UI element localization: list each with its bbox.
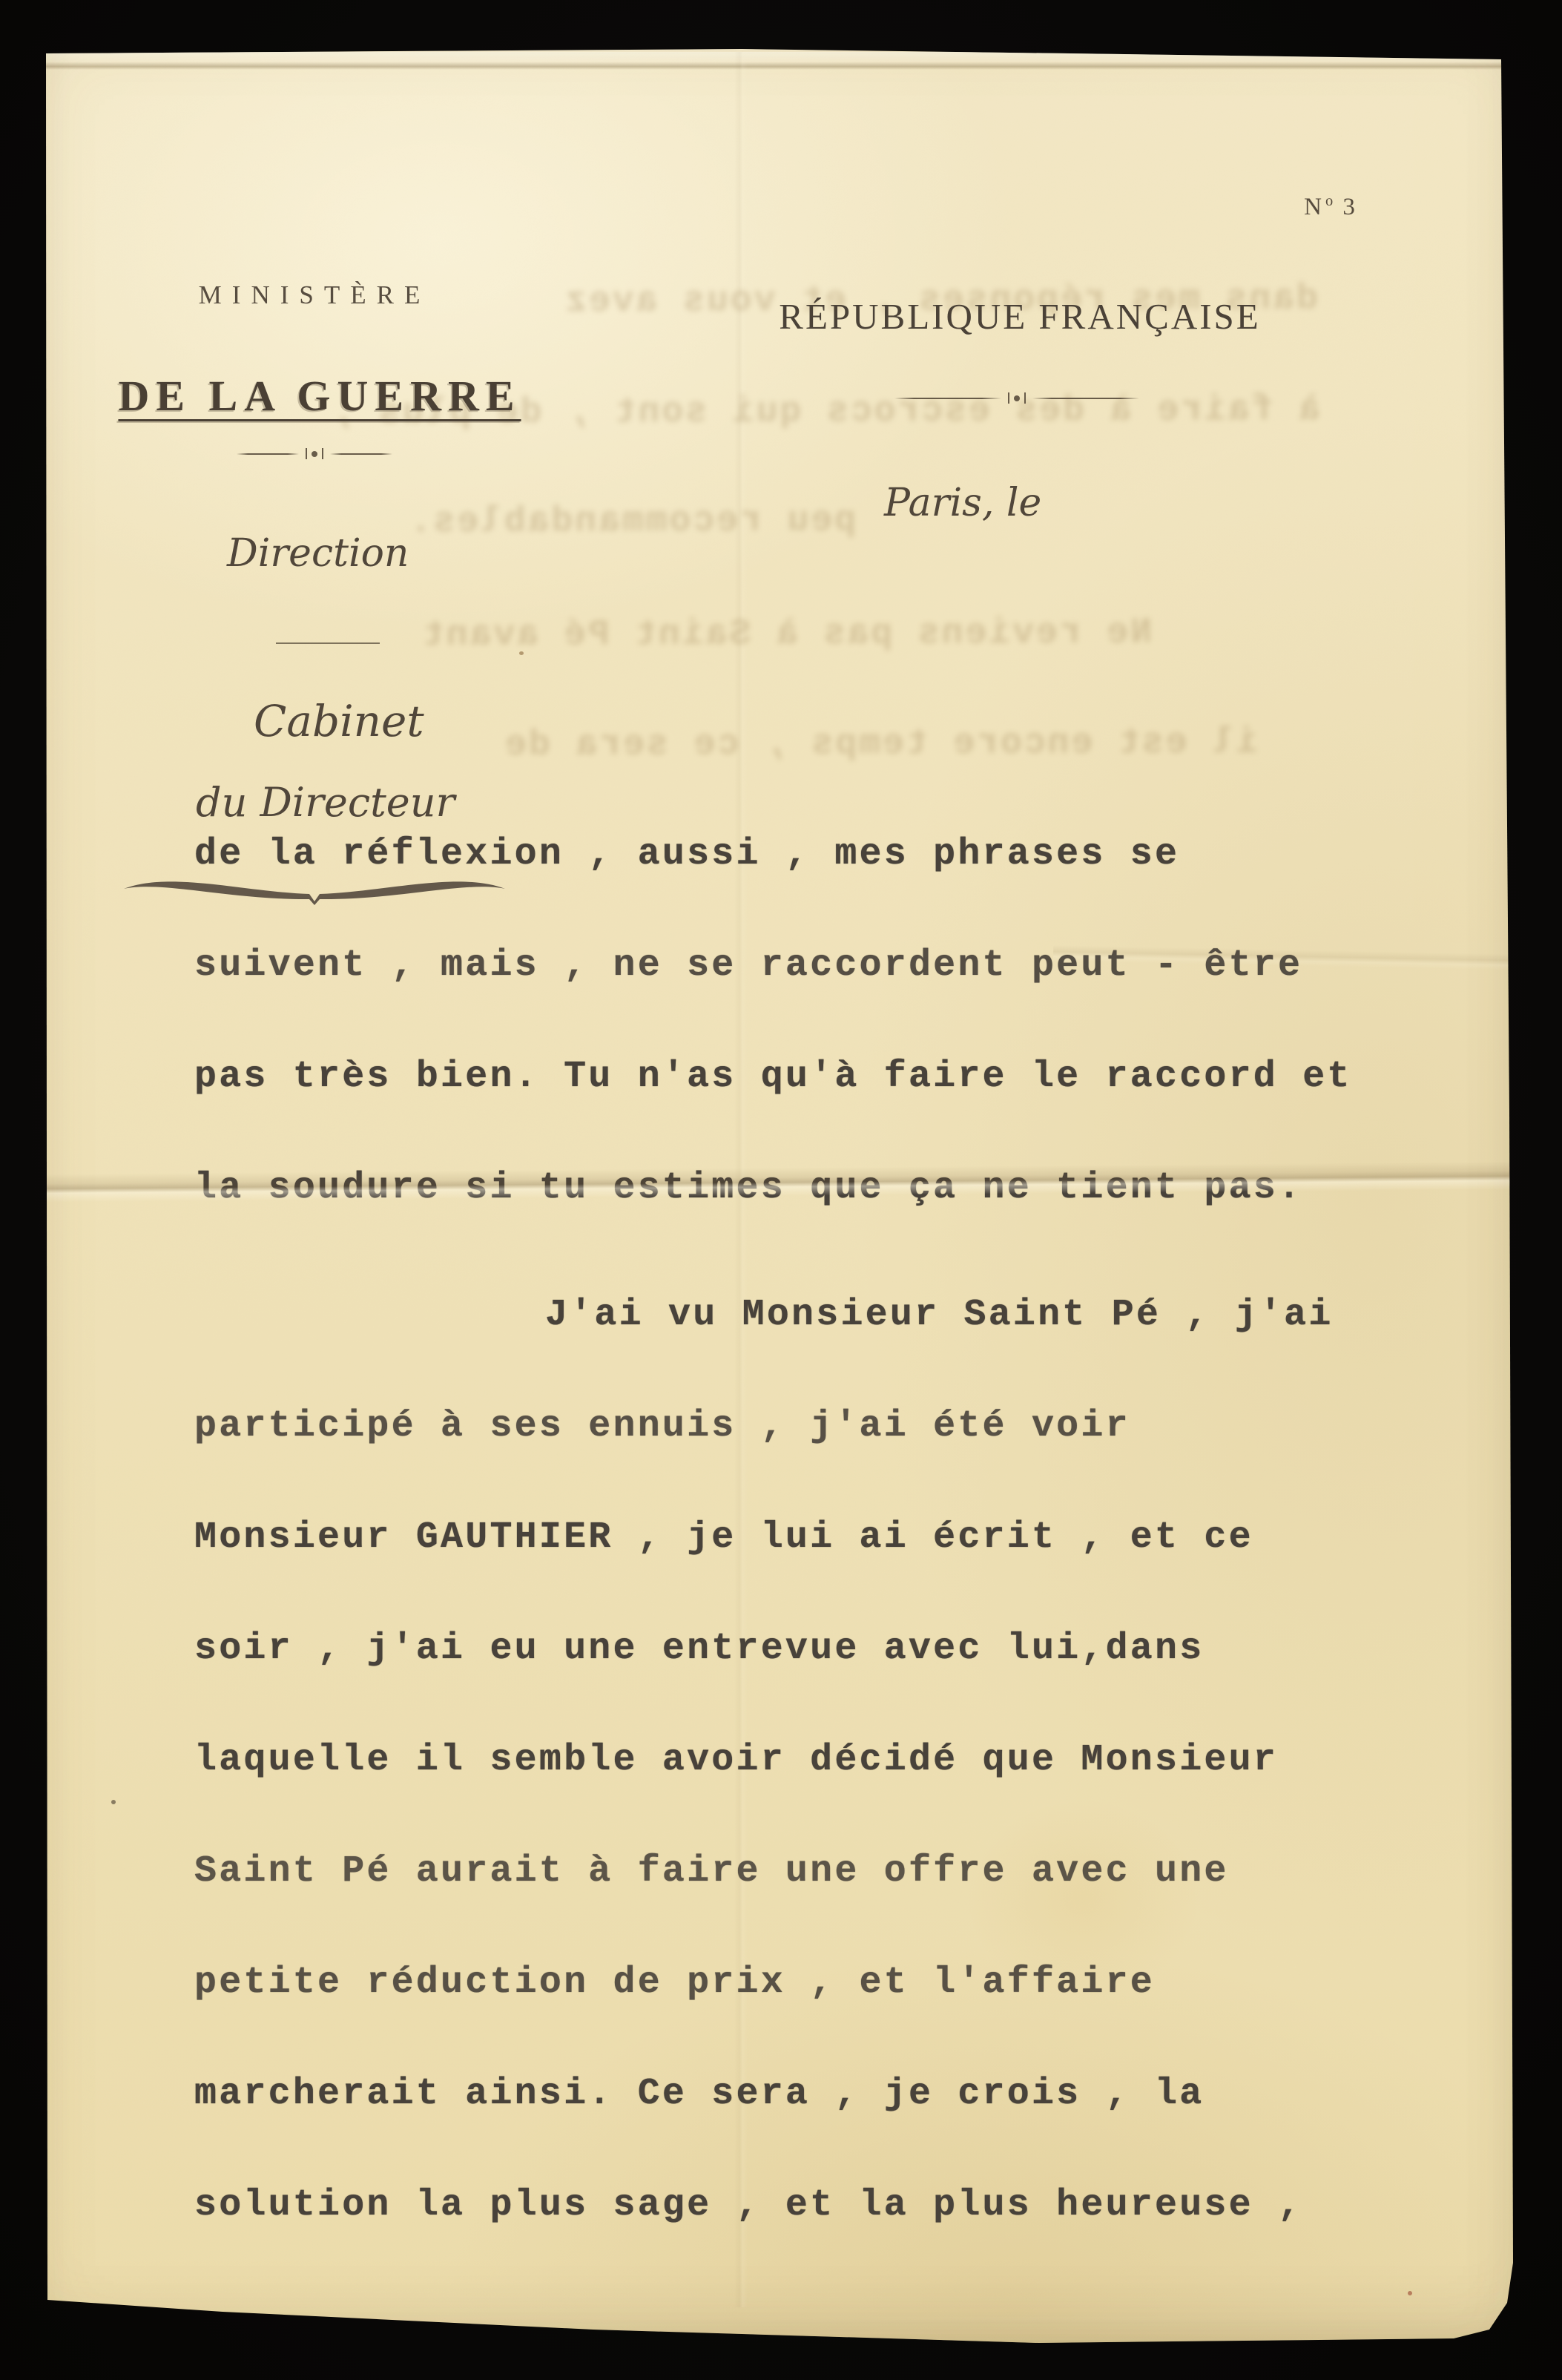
ornament-tick bbox=[306, 448, 307, 459]
typed-line: soir , j'ai eu une entrevue avec lui,dan… bbox=[194, 1594, 1470, 1705]
ink-speck bbox=[519, 651, 524, 655]
ornament-dot bbox=[312, 451, 317, 457]
typed-line: laquelle il semble avoir décidé que Mons… bbox=[194, 1705, 1470, 1816]
typed-line: suivent , mais , ne se raccordent peut -… bbox=[194, 910, 1470, 1022]
ornament-tick bbox=[322, 448, 323, 459]
top-fold-seam bbox=[46, 52, 1504, 70]
ministry-title-line1: MINISTÈRE bbox=[199, 280, 431, 310]
bleedthrough-line: Ne reviens pas à Saint Pé avant bbox=[415, 613, 1157, 655]
ink-speck bbox=[1408, 2291, 1412, 2295]
page-number-ordinal: o bbox=[1325, 193, 1333, 209]
typed-line: pas très bien. Tu n'as qu'à faire le rac… bbox=[194, 1022, 1470, 1133]
ornament-center-icon bbox=[306, 448, 323, 459]
ornament-center-icon bbox=[1008, 392, 1026, 404]
page-number-prefix: N bbox=[1304, 194, 1325, 220]
typed-line: participé à ses ennuis , j'ai été voir bbox=[194, 1371, 1470, 1482]
ornament-rule bbox=[1032, 398, 1139, 399]
ornament-tick bbox=[1008, 392, 1009, 404]
direction-label: Direction bbox=[227, 531, 409, 576]
ornament-divider-left bbox=[237, 448, 392, 459]
typed-line: Saint Pé aurait à faire une offre avec u… bbox=[194, 1816, 1470, 1927]
direction-rule bbox=[276, 642, 380, 644]
typed-line: marcherait ainsi. Ce sera , je crois , l… bbox=[194, 2039, 1470, 2150]
page-number-value: 3 bbox=[1342, 194, 1359, 220]
ornament-tick bbox=[1024, 392, 1026, 404]
ornament-rule bbox=[237, 453, 299, 455]
ornament-rule bbox=[894, 398, 1001, 399]
ornament-rule bbox=[330, 453, 392, 455]
bleedthrough-line: il est encore temps , ce sera de bbox=[387, 723, 1374, 766]
typed-line: petite réduction de prix , et l'affaire bbox=[194, 1927, 1470, 2039]
ministry-title-line2: DE LA GUERRE bbox=[118, 371, 521, 421]
dateline-label: Paris, le bbox=[884, 481, 1041, 525]
bleedthrough-line: à faire à des escrocs qui sont , de plus… bbox=[386, 390, 1320, 433]
typed-line: de la réflexion , aussi , mes phrases se bbox=[194, 799, 1470, 910]
document-page: dans mes réponses , et vous avez à faire… bbox=[0, 0, 1562, 2380]
cabinet-label: Cabinet bbox=[254, 696, 424, 746]
page-number: No 3 bbox=[1261, 193, 1402, 221]
ornament-divider-right bbox=[894, 392, 1139, 404]
typed-line: Monsieur GAUTHIER , je lui ai écrit , et… bbox=[194, 1482, 1470, 1594]
ink-speck bbox=[111, 1800, 116, 1804]
scan-background: dans mes réponses , et vous avez à faire… bbox=[0, 0, 1562, 2380]
republic-title: RÉPUBLIQUE FRANÇAISE bbox=[779, 295, 1260, 338]
typed-line: solution la plus sage , et la plus heure… bbox=[194, 2150, 1470, 2261]
bleedthrough-line: peu recommandables. bbox=[441, 501, 856, 542]
typed-line: J'ai vu Monsieur Saint Pé , j'ai bbox=[194, 1260, 1470, 1371]
ornament-dot bbox=[1014, 395, 1020, 401]
body-paragraph-2: J'ai vu Monsieur Saint Pé , j'ai partici… bbox=[194, 1260, 1470, 2261]
